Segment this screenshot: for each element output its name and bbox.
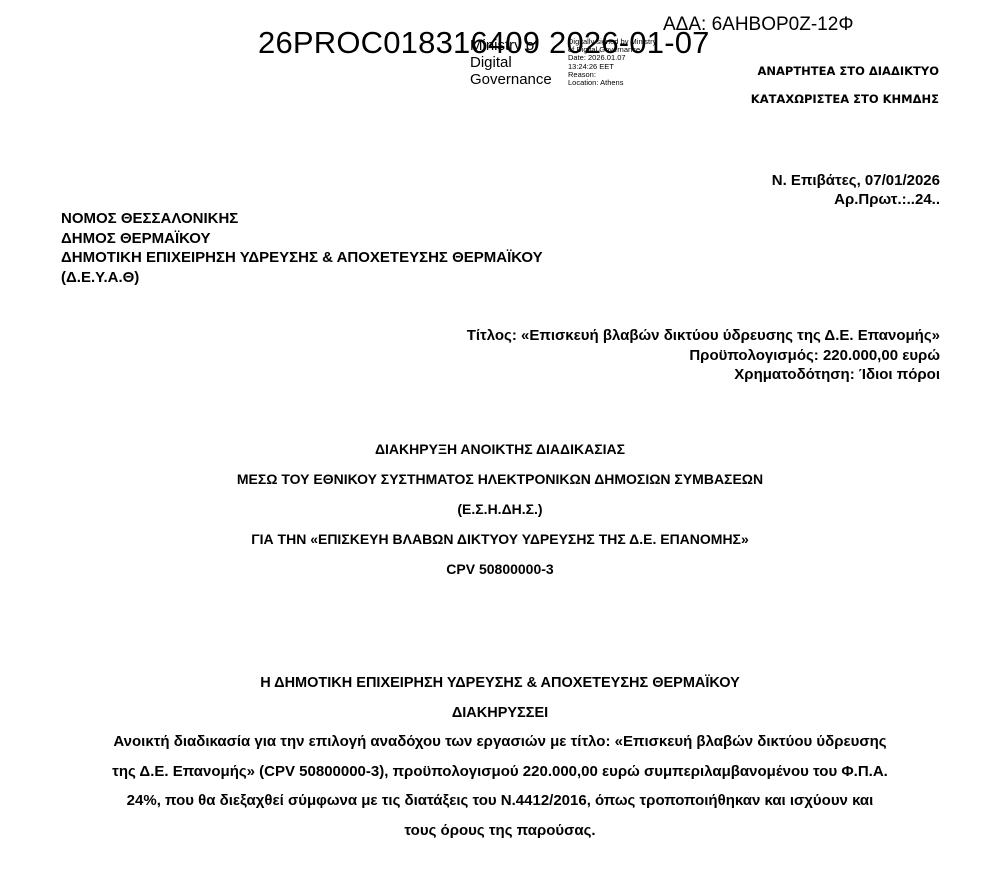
paragraph-line: της Δ.Ε. Επανομής» (CPV 50800000-3), προ… xyxy=(25,757,975,787)
project-budget: Προϋπολογισμός: 220.000,00 ευρώ xyxy=(467,346,940,366)
authority-line: ΔΗΜΟΤΙΚΗ ΕΠΙΧΕΙΡΗΣΗ ΥΔΡΕΥΣΗΣ & ΑΠΟΧΕΤΕΥΣ… xyxy=(61,248,543,268)
declaration-line: ΜΕΣΩ ΤΟΥ ΕΘΝΙΚΟΥ ΣΥΣΤΗΜΑΤΟΣ ΗΛΕΚΤΡΟΝΙΚΩΝ… xyxy=(0,464,1000,494)
authority-line: ΝΟΜΟΣ ΘΕΣΣΑΛΟΝΙΚΗΣ xyxy=(61,209,543,229)
paragraph-line: τους όρους της παρούσας. xyxy=(25,816,975,846)
signature-details: Digitally signed by Ministry of Digital … xyxy=(568,38,656,87)
signature-org-line: Governance xyxy=(470,71,552,88)
issuer-line: ΔΙΑΚΗΡΥΣΣΕΙ xyxy=(0,698,1000,728)
place-date: Ν. Επιβάτες, 07/01/2026 xyxy=(772,171,940,190)
paragraph-line: 24%, που θα διεξαχθεί σύμφωνα με τις δια… xyxy=(25,786,975,816)
authority-line: ΔΗΜΟΣ ΘΕΡΜΑΪΚΟΥ xyxy=(61,229,543,249)
issuer-line: Η ΔΗΜΟΤΙΚΗ ΕΠΙΧΕΙΡΗΣΗ ΥΔΡΕΥΣΗΣ & ΑΠΟΧΕΤΕ… xyxy=(0,668,1000,698)
declaration-line: (Ε.Σ.Η.ΔΗ.Σ.) xyxy=(0,494,1000,524)
signature-org-line: Digital xyxy=(470,54,552,71)
place-date-block: Ν. Επιβάτες, 07/01/2026 Αρ.Πρωτ.:..24.. xyxy=(772,171,940,209)
project-info: Τίτλος: «Επισκευή βλαβών δικτύου ύδρευση… xyxy=(467,326,940,385)
project-funding: Χρηματοδότηση: Ίδιοι πόροι xyxy=(467,365,940,385)
protocol-number: Αρ.Πρωτ.:..24.. xyxy=(772,190,940,209)
declaration-line: ΓΙΑ ΤΗΝ «ΕΠΙΣΚΕΥΗ ΒΛΑΒΩΝ ΔΙΚΤΥΟΥ ΥΔΡΕΥΣΗ… xyxy=(0,524,1000,554)
signature-detail-line: Location: Athens xyxy=(568,79,656,87)
post-online-flag: ΑΝΑΡΤΗΤΕΑ ΣΤΟ ΔΙΑΔΙΚΤΥΟ xyxy=(757,64,939,78)
signature-organization: Ministry of Digital Governance xyxy=(470,37,552,88)
declaration-heading: ΔΙΑΚΗΡΥΞΗ ΑΝΟΙΚΤΗΣ ΔΙΑΔΙΚΑΣΙΑΣ ΜΕΣΩ ΤΟΥ … xyxy=(0,434,1000,584)
project-title: Τίτλος: «Επισκευή βλαβών δικτύου ύδρευση… xyxy=(467,326,940,346)
signature-org-line: Ministry of xyxy=(470,37,552,54)
issuer-heading: Η ΔΗΜΟΤΙΚΗ ΕΠΙΧΕΙΡΗΣΗ ΥΔΡΕΥΣΗΣ & ΑΠΟΧΕΤΕ… xyxy=(0,668,1000,728)
authority-line: (Δ.Ε.Υ.Α.Θ) xyxy=(61,268,543,288)
ada-code: ΑΔΑ: 6ΑΗΒΟΡ0Ζ-12Φ xyxy=(663,14,853,36)
declaration-line: ΔΙΑΚΗΡΥΞΗ ΑΝΟΙΚΤΗΣ ΔΙΑΔΙΚΑΣΙΑΣ xyxy=(0,434,1000,464)
paragraph-line: Ανοικτή διαδικασία για την επιλογή αναδό… xyxy=(25,727,975,757)
declaration-line: CPV 50800000-3 xyxy=(0,554,1000,584)
body-paragraph: Ανοικτή διαδικασία για την επιλογή αναδό… xyxy=(25,727,975,845)
kimdis-register-flag: ΚΑΤΑΧΩΡΙΣΤΕΑ ΣΤΟ ΚΗΜΔΗΣ xyxy=(751,92,939,106)
authority-block: ΝΟΜΟΣ ΘΕΣΣΑΛΟΝΙΚΗΣ ΔΗΜΟΣ ΘΕΡΜΑΪΚΟΥ ΔΗΜΟΤ… xyxy=(61,209,543,287)
